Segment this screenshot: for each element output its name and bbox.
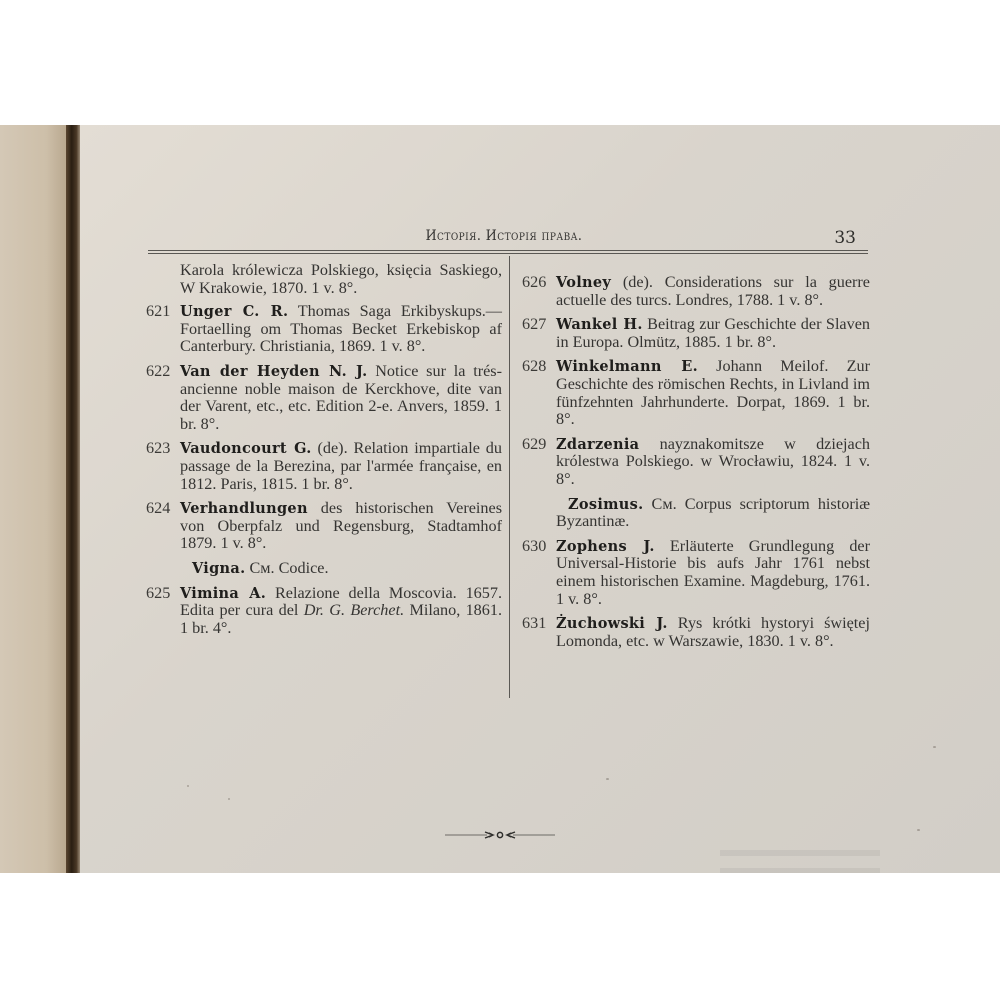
running-title: Исторія. Исторія права. (184, 228, 825, 244)
entry-number: 626 (522, 274, 554, 292)
entry-editor: Dr. G. Berchet. (304, 601, 404, 619)
paper-speck (917, 829, 920, 831)
left-column: Karola królewicza Polskiego, księcia Sas… (146, 262, 502, 644)
entry-author: Winkelmann E. (556, 358, 698, 375)
entry-number: 627 (522, 316, 554, 334)
entry-author: Wankel H. (556, 316, 643, 333)
entry-author: Vimina A. (180, 585, 266, 602)
ornament-divider-icon (445, 828, 555, 842)
entry-number: 621 (146, 303, 178, 321)
cross-reference-entry: Vigna. См. Codice. (146, 560, 502, 578)
entry-number: 629 (522, 436, 554, 454)
catalog-entry: 629 Zdarzenia nayznakomitsze w dziejach … (522, 436, 870, 489)
entry-author: Unger C. R. (180, 303, 288, 320)
entry-author: Zosimus. (568, 496, 643, 513)
entry-author: Van der Heyden N. J. (180, 363, 367, 380)
entry-number: 631 (522, 615, 554, 633)
entry-author: Vaudoncourt G. (180, 440, 312, 457)
header-double-rule (148, 250, 868, 254)
catalog-entry: 621 Unger C. R. Thomas Saga Erkibyskups.… (146, 303, 502, 356)
entry-author: Zdarzenia (556, 436, 639, 453)
entry-author: Żuchowski J. (556, 615, 668, 632)
paper-speck (933, 746, 936, 748)
paper-speck (606, 778, 609, 780)
catalog-entry: 626 Volney (de). Considerations sur la g… (522, 274, 870, 309)
running-head: Исторія. Исторія права. 33 (148, 228, 860, 250)
catalog-entry: 628 Winkelmann E. Johann Meilof. Zur Ges… (522, 358, 870, 428)
entry-number: 622 (146, 363, 178, 381)
cross-reference-entry: Zosimus. См. Corpus scriptorum historiæ … (522, 496, 870, 531)
entry-author: Volney (556, 274, 611, 291)
book-spine-gutter (66, 125, 80, 873)
catalog-entry: 622 Van der Heyden N. J. Notice sur la t… (146, 363, 502, 433)
entry-number: 625 (146, 585, 178, 603)
column-divider (509, 256, 510, 698)
entry-number: 630 (522, 538, 554, 556)
catalog-entry: 625 Vimina A. Relazione della Moscovia. … (146, 585, 502, 638)
entry-author: Verhandlungen (180, 500, 308, 517)
left-page-edge (0, 125, 66, 873)
catalog-entry: 627 Wankel H. Beitrag zur Geschichte der… (522, 316, 870, 351)
catalog-entry: Karola królewicza Polskiego, księcia Sas… (146, 262, 502, 297)
entry-author: Zophens J. (556, 538, 655, 555)
entry-number: 624 (146, 500, 178, 518)
catalog-entry: 623 Vaudoncourt G. (de). Relation impart… (146, 440, 502, 493)
page-number: 33 (834, 228, 856, 248)
entry-author: Vigna. (192, 560, 245, 577)
entry-text: Karola królewicza Polskiego, księcia Sas… (180, 261, 502, 297)
bleed-through-text (720, 850, 880, 873)
paper-speck (228, 798, 230, 800)
entry-text: См. Codice. (245, 559, 328, 577)
catalog-entry: 624 Verhandlungen des historischen Verei… (146, 500, 502, 553)
catalog-entry: 630 Zophens J. Erläuterte Grundlegung de… (522, 538, 870, 608)
paper-speck (187, 785, 189, 787)
entry-number: 623 (146, 440, 178, 458)
right-column: 626 Volney (de). Considerations sur la g… (522, 262, 870, 657)
catalog-entry: 631 Żuchowski J. Rys krótki hystoryi świ… (522, 615, 870, 650)
entry-number: 628 (522, 358, 554, 376)
